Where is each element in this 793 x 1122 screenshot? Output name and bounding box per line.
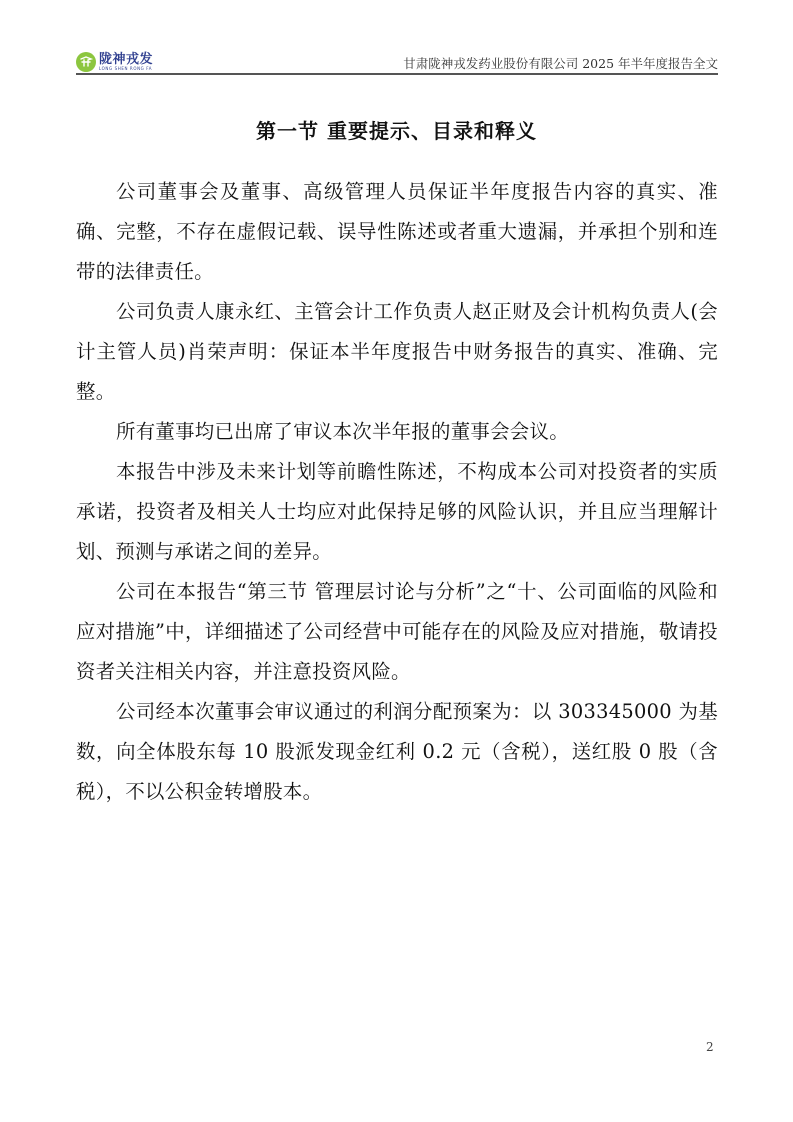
header-divider [76, 73, 718, 75]
page-header: 陇神戎发 LONG SHEN RONG FA 甘肃陇神戎发药业股份有限公司 20… [76, 44, 718, 74]
document-title: 甘肃陇神戎发药业股份有限公司 2025 年半年度报告全文 [403, 54, 718, 72]
leaf-emblem-icon [79, 55, 93, 69]
paragraph-responsibility-statement: 公司董事会及董事、高级管理人员保证半年度报告内容的真实、准确、完整，不存在虚假记… [76, 172, 718, 292]
section-title: 第一节 重要提示、目录和释义 [0, 115, 793, 144]
paragraph-forward-looking: 本报告中涉及未来计划等前瞻性陈述，不构成本公司对投资者的实质承诺，投资者及相关人… [76, 452, 718, 572]
document-body: 公司董事会及董事、高级管理人员保证半年度报告内容的真实、准确、完整，不存在虚假记… [76, 172, 718, 812]
paragraph-risk-notice: 公司在本报告“第三节 管理层讨论与分析”之“十、公司面临的风险和应对措施”中，详… [76, 572, 718, 692]
company-logo-icon [76, 52, 96, 72]
paragraph-financial-statement: 公司负责人康永红、主管会计工作负责人赵正财及会计机构负责人(会计主管人员)肖荣声… [76, 292, 718, 412]
logo-name-cn: 陇神戎发 [99, 53, 153, 66]
paragraph-board-attendance: 所有董事均已出席了审议本次半年报的董事会会议。 [76, 412, 718, 452]
logo-name-en: LONG SHEN RONG FA [99, 67, 153, 71]
company-logo: 陇神戎发 LONG SHEN RONG FA [76, 50, 153, 74]
logo-text: 陇神戎发 LONG SHEN RONG FA [99, 53, 153, 71]
page-number: 2 [706, 1040, 714, 1054]
paragraph-profit-distribution: 公司经本次董事会审议通过的利润分配预案为：以 303345000 为基数，向全体… [76, 692, 718, 812]
